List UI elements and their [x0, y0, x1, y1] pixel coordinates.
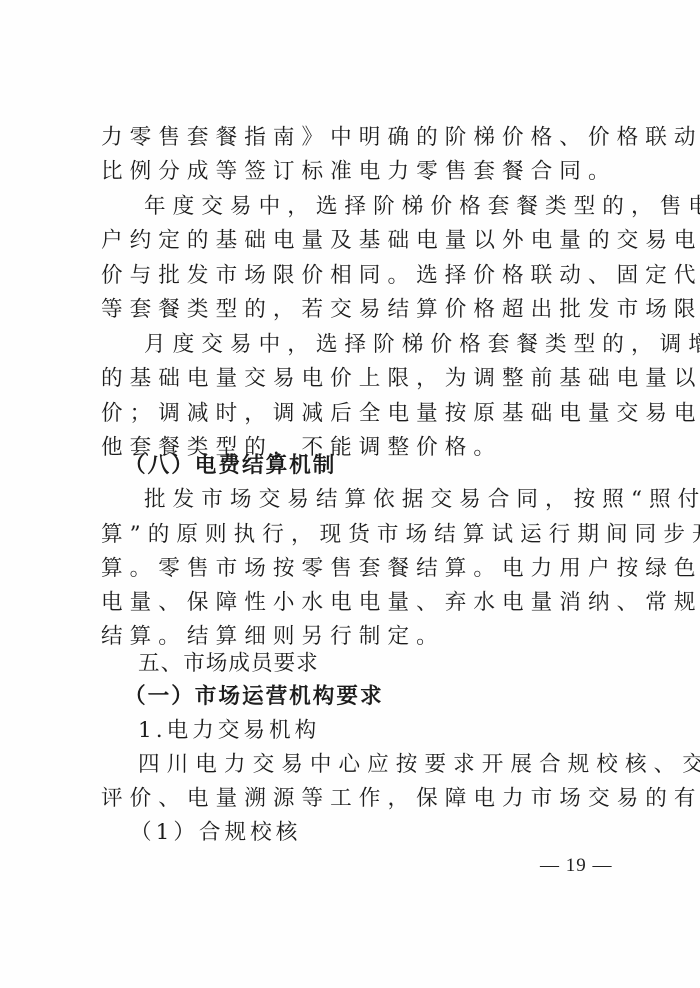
text-line: 的基础电量交易电价上限，为调整前基础电量以外电量的交易电	[101, 365, 621, 393]
text-line: 电量、保障性小水电电量、弃水电量消纳、常规直购的顺序进行	[101, 589, 621, 617]
item-heading-compliance-check: （1）合规校核	[130, 819, 610, 847]
document-page: 力零售套餐指南》中明确的阶梯价格、价格联动、固定代理费、 比例分成等签订标准电力…	[0, 0, 700, 988]
subheading-market-operators: （一）市场运营机构要求	[124, 683, 604, 711]
paragraph-first-line: 月度交易中，选择阶梯价格套餐类型的，调增时，增量部分	[144, 331, 624, 359]
text-line: 算”的原则执行，现货市场结算试运行期间同步开展偏差分时结	[101, 521, 621, 549]
paragraph-first-line: 四川电力交易中心应按要求开展合规校核、交易组织、信用	[138, 751, 618, 779]
text-line: 等套餐类型的，若交易结算价格超出批发市场限价，按限价结算。	[101, 296, 621, 324]
text-line: 力零售套餐指南》中明确的阶梯价格、价格联动、固定代理费、	[101, 124, 621, 152]
paragraph-first-line: 批发市场交易结算依据交易合同，按照“照付不议、偏差结	[144, 486, 624, 514]
text-line: 评价、电量溯源等工作，保障电力市场交易的有序进行。	[101, 785, 621, 813]
paragraph-first-line: 年度交易中，选择阶梯价格套餐类型的，售电公司与零售用	[144, 193, 624, 221]
text-line: 结算。结算细则另行制定。	[101, 623, 621, 651]
text-line: 户约定的基础电量及基础电量以外电量的交易电价，交易电价限	[101, 227, 621, 255]
item-heading-trading-institution: 1.电力交易机构	[138, 717, 618, 745]
text-line: 价；调减时，调减后全电量按原基础电量交易电价执行。选择其	[101, 400, 621, 428]
text-line: 算。零售市场按零售套餐结算。电力用户按绿色电力交易、留存	[101, 555, 621, 583]
subheading-settlement-mechanism: （八）电费结算机制	[124, 452, 604, 480]
text-line: 价与批发市场限价相同。选择价格联动、固定代理费、比例分成	[101, 262, 621, 290]
page-number: — 19 —	[540, 855, 613, 877]
text-line: 比例分成等签订标准电力零售套餐合同。	[101, 158, 621, 186]
section-heading-market-members: 五、市场成员要求	[138, 650, 618, 678]
